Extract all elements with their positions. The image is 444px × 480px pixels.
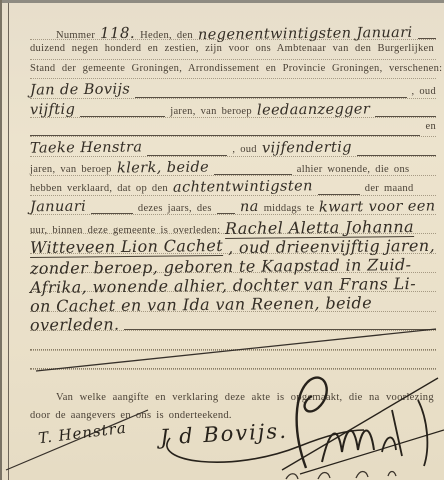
rule-line (30, 368, 436, 369)
line-spacer (30, 373, 436, 392)
handwritten-text: on Cachet en van Ida van Reenen, beide (30, 294, 372, 317)
handwritten-text: Jan de Bovijs (30, 82, 130, 99)
line-authority: Stand der gemeente Groningen, Arrondisse… (30, 63, 436, 82)
rule-line (318, 194, 360, 195)
rule-line (80, 116, 165, 117)
printed-text: door de aangevers en ons is onderteekend… (30, 410, 232, 421)
printed-text: Stand der gemeente Groningen, Arrondisse… (30, 63, 442, 74)
handwritten-text: leedaanzegger (257, 101, 370, 118)
printed-text: Van welke aangifte en verklaring deze ak… (56, 392, 434, 403)
line-closing-1: Van welke aangifte en verklaring deze ak… (30, 392, 436, 411)
handwritten-text: overleden. (30, 314, 120, 334)
printed-text: Nummer (56, 30, 95, 41)
handwritten-text: na (240, 198, 259, 214)
line-deceased-detail-2: Afrika, wonende alhier, dochter van Fran… (30, 276, 436, 295)
handwritten-text: 118. (100, 24, 135, 42)
printed-text: middags te (264, 203, 315, 214)
line-blank-2 (30, 354, 436, 373)
printed-text: alhier wonende, die ons (297, 164, 410, 175)
handwritten-text: Januari (30, 198, 86, 215)
rule-line (135, 97, 406, 98)
printed-text: en (425, 121, 436, 132)
handwritten-text: klerk, beide (117, 159, 209, 176)
handwritten-text: Witteveen Lion Cachet (30, 236, 223, 258)
rule-line (357, 155, 436, 156)
rule-line (124, 329, 436, 330)
rule-line (214, 174, 292, 175)
line-deceased-intro: uur, binnen deze gemeente is overleden:R… (30, 218, 436, 237)
line-year: duizend negen honderd en zestien, zijn v… (30, 43, 436, 62)
printed-text: hebben verklaard, dat op den (30, 183, 168, 194)
line-declarant1-age-occupation: vijftigjaren, van beroepleedaanzegger (30, 102, 436, 121)
rule-line (375, 116, 436, 117)
printed-text: der maand (365, 183, 414, 194)
printed-text: uur, binnen deze gemeente is overleden: (30, 225, 220, 236)
printed-text: , oud (232, 144, 257, 155)
rule-line (147, 155, 227, 156)
rule-line (30, 135, 420, 136)
line-declarant2-occupation: jaren, van beroepklerk, beidealhier wone… (30, 160, 436, 179)
death-certificate-page: Nummer118.Heden, dennegenentwintigsten J… (0, 0, 444, 480)
rule-line (91, 213, 133, 214)
deed-text-body: Nummer118.Heden, dennegenentwintigsten J… (30, 24, 436, 429)
line-deceased-detail-4: overleden. (30, 315, 436, 334)
handwritten-text: vijftig (30, 101, 75, 117)
line-death-date-time: Januaridezes jaars, desnamiddags tekwart… (30, 199, 436, 218)
printed-text: , oud (412, 86, 437, 97)
rule-line (30, 349, 436, 350)
line-declarant1-name: Jan de Bovijs, oud (30, 82, 436, 101)
form-margin-rule (8, 3, 9, 480)
handwritten-text: kwart voor een (319, 198, 436, 215)
printed-text: jaren, van beroep (170, 106, 252, 117)
printed-text: jaren, van beroep (30, 164, 112, 175)
handwritten-text: vijfendertig (262, 140, 352, 157)
handwritten-text: achtentwintigsten (173, 178, 313, 195)
line-declaration: hebben verklaard, dat op denachtentwinti… (30, 179, 436, 198)
rule-line (217, 213, 235, 214)
printed-text: Heden, den (140, 30, 193, 41)
cutoff-handwriting-bottom (286, 472, 396, 480)
line-en: en (30, 121, 436, 140)
line-blank-1 (30, 334, 436, 353)
rule-line (418, 38, 437, 39)
printed-text: dezes jaars, des (138, 203, 212, 214)
line-deceased-name: Witteveen Lion Cachet, oud drieenvijftig… (30, 237, 436, 256)
scan-edge-left (0, 0, 2, 480)
handwritten-text: Taeke Henstra (30, 140, 143, 157)
printed-text: duizend negen honderd en zestien, zijn v… (30, 43, 434, 54)
line-deceased-detail-1: zonder beroep, geboren te Kaapstad in Zu… (30, 257, 436, 276)
line-declarant2-name: Taeke Henstra, oudvijfendertig (30, 140, 436, 159)
line-deceased-detail-3: on Cachet en van Ida van Reenen, beide (30, 295, 436, 314)
scan-edge-top (0, 0, 444, 3)
handwritten-text: negenentwintigsten Januari (198, 25, 413, 43)
line-number-and-date: Nummer118.Heden, dennegenentwintigsten J… (30, 24, 436, 43)
